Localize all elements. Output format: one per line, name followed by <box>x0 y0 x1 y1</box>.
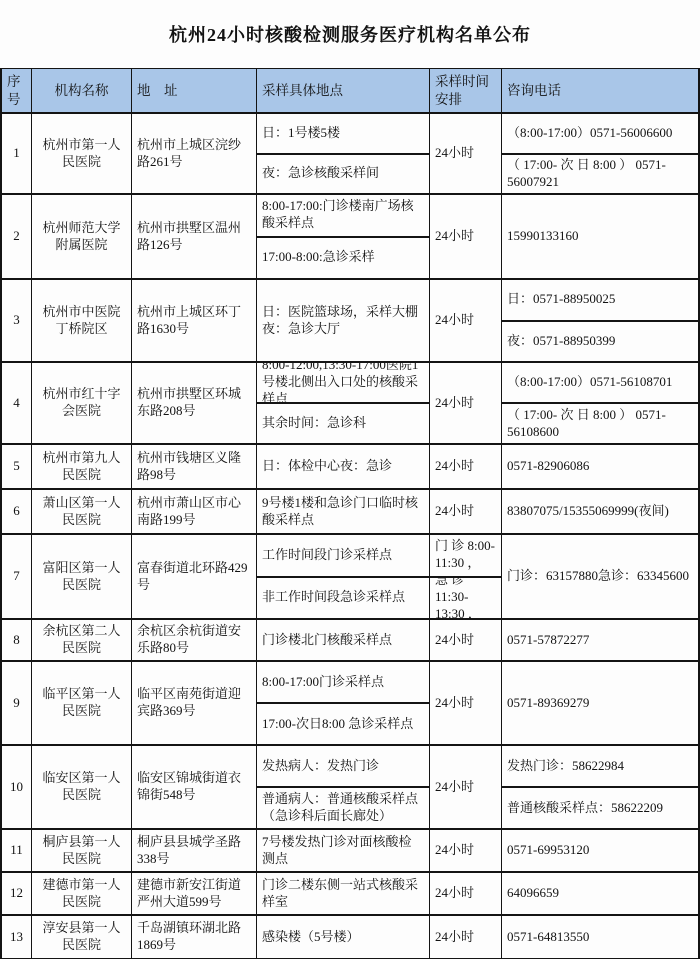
sampling-location-subcell: 其余时间：急诊科 <box>257 404 429 443</box>
address-cell: 杭州市上城区环丁路1630号 <box>132 280 257 361</box>
address-cell: 杭州市萧山区市心南路199号 <box>132 490 257 533</box>
phone-subcell: 普通核酸采样点：58622209 <box>502 788 698 828</box>
institution-name-text: 杭州市中医院丁桥院区 <box>37 304 126 338</box>
sampling-location-text: 日：体检中心夜：急诊 <box>262 458 392 475</box>
sampling-location-cell: 门诊楼北门核酸采样点 <box>257 620 430 660</box>
address-text: 余杭区余杭街道安乐路80号 <box>137 623 251 657</box>
sampling-location-text: 7号楼发热门诊对面核酸检测点 <box>262 834 424 868</box>
table-body: 1杭州市第一人民医院杭州市上城区浣纱路261号日：1号楼5楼夜：急诊核酸采样间2… <box>2 114 698 958</box>
address-text: 杭州市拱墅区温州路126号 <box>137 220 251 254</box>
sampling-location-cell: 感染楼（5号楼） <box>257 916 430 958</box>
header-phone: 咨询电话 <box>502 69 698 112</box>
title-bar: 杭州24小时核酸检测服务医疗机构名单公布 <box>0 0 700 68</box>
sampling-location-cell: 日：医院篮球场，采样大棚 夜：急诊大厅 <box>257 280 430 361</box>
sampling-location-cell: 发热病人：发热门诊普通病人：普通核酸采样点（急诊科后面长廊处） <box>257 746 430 828</box>
sampling-time-cell: 24小时 <box>430 746 502 828</box>
sampling-location-text: 门诊楼北门核酸采样点 <box>262 632 392 649</box>
table-row: 3杭州市中医院丁桥院区杭州市上城区环丁路1630号日：医院篮球场，采样大棚 夜：… <box>2 280 698 363</box>
sampling-location-subcell: 夜：急诊核酸采样间 <box>257 155 429 194</box>
sampling-location-subcell: 8:00-12:00,13:30-17:00医院1号楼北侧出入口处的核酸采样点 <box>257 363 429 404</box>
row-number-cell: 11 <box>2 830 32 871</box>
address-text: 杭州市钱塘区义隆路98号 <box>137 450 251 484</box>
header-institution-name: 机构名称 <box>32 69 132 112</box>
row-number-text: 1 <box>13 145 20 162</box>
sampling-time-cell: 24小时 <box>430 445 502 488</box>
row-number-cell: 9 <box>2 662 32 744</box>
institution-name-cell: 临安区第一人民医院 <box>32 746 132 828</box>
phone-text: 0571-82906086 <box>507 458 589 475</box>
sampling-location-text: 工作时间段门诊采样点 <box>262 547 392 564</box>
sampling-location-subcell: 8:00-17:00门诊采样点 <box>257 662 429 704</box>
address-cell: 余杭区余杭街道安乐路80号 <box>132 620 257 660</box>
sampling-time-subcell: 急 诊 11:30-13:30 ， <box>430 578 501 619</box>
sampling-time-cell: 24小时 <box>430 280 502 361</box>
sampling-time-text: 24小时 <box>435 145 474 162</box>
institution-name-text: 杭州市第九人民医院 <box>37 450 126 484</box>
sampling-time-text: 24小时 <box>435 228 474 245</box>
phone-text: （ 17:00- 次 日 8:00 ） 0571-56007921 <box>507 157 693 191</box>
row-number-text: 2 <box>13 228 20 245</box>
header-address: 地 址 <box>132 69 257 112</box>
phone-text: （ 17:00- 次 日 8:00 ） 0571-56108600 <box>507 407 693 441</box>
address-cell: 建德市新安江街道严州大道599号 <box>132 873 257 914</box>
sampling-time-text: 24小时 <box>435 632 474 649</box>
sampling-time-text: 24小时 <box>435 458 474 475</box>
address-text: 富春街道北环路429号 <box>137 560 251 594</box>
phone-text: （8:00-17:00）0571-56006600 <box>507 125 672 142</box>
sampling-time-cell: 24小时 <box>430 114 502 193</box>
sampling-location-cell: 日：1号楼5楼夜：急诊核酸采样间 <box>257 114 430 193</box>
table-row: 6萧山区第一人民医院杭州市萧山区市心南路199号9号楼1楼和急诊门口临时核酸采样… <box>2 490 698 535</box>
sampling-time-text: 24小时 <box>435 312 474 329</box>
row-number-text: 9 <box>13 695 20 712</box>
institution-name-cell: 杭州师范大学附属医院 <box>32 195 132 278</box>
institution-name-cell: 杭州市第一人民医院 <box>32 114 132 193</box>
sampling-location-subcell: 8:00-17:00:门诊楼南广场核酸采样点 <box>257 195 429 238</box>
header-sampling-time: 采样时间安排 <box>430 69 502 112</box>
sampling-location-subcell: 17:00-8:00:急诊采样 <box>257 238 429 279</box>
phone-cell: 0571-69953120 <box>502 830 698 871</box>
address-text: 桐庐县县城学圣路338号 <box>137 834 251 868</box>
sampling-time-cell: 24小时 <box>430 873 502 914</box>
header-sampling-location: 采样具体地点 <box>257 69 430 112</box>
table-row: 11桐庐县第一人民医院桐庐县县城学圣路338号7号楼发热门诊对面核酸检测点24小… <box>2 830 698 873</box>
sampling-time-cell: 24小时 <box>430 830 502 871</box>
phone-cell: （8:00-17:00）0571-56108701（ 17:00- 次 日 8:… <box>502 363 698 443</box>
phone-subcell: （ 17:00- 次 日 8:00 ） 0571-56007921 <box>502 155 698 194</box>
institution-name-cell: 杭州市红十字会医院 <box>32 363 132 443</box>
hospital-table: 序号 机构名称 地 址 采样具体地点 采样时间安排 咨询电话 1杭州市第一人民医… <box>0 68 700 959</box>
address-text: 杭州市萧山区市心南路199号 <box>137 495 251 529</box>
sampling-time-text: 24小时 <box>435 842 474 859</box>
row-number-text: 3 <box>13 312 20 329</box>
phone-text: 0571-89369279 <box>507 695 589 712</box>
announcement-page: 杭州24小时核酸检测服务医疗机构名单公布 序号 机构名称 地 址 采样具体地点 … <box>0 0 700 959</box>
table-row: 8余杭区第二人民医院余杭区余杭街道安乐路80号门诊楼北门核酸采样点24小时057… <box>2 620 698 662</box>
row-number-text: 4 <box>13 395 20 412</box>
phone-cell: 0571-64813550 <box>502 916 698 958</box>
table-row: 5杭州市第九人民医院杭州市钱塘区义隆路98号日：体检中心夜：急诊24小时0571… <box>2 445 698 490</box>
table-row: 2杭州师范大学附属医院杭州市拱墅区温州路126号8:00-17:00:门诊楼南广… <box>2 195 698 280</box>
phone-text: 门诊：63157880急诊：63345600 <box>507 568 689 585</box>
row-number-text: 6 <box>13 503 20 520</box>
sampling-time-cell: 24小时 <box>430 490 502 533</box>
row-number-text: 10 <box>10 779 23 796</box>
institution-name-cell: 淳安县第一人民医院 <box>32 916 132 958</box>
sampling-time-text: 24小时 <box>435 503 474 520</box>
table-row: 4杭州市红十字会医院杭州市拱墅区环城东路208号8:00-12:00,13:30… <box>2 363 698 445</box>
institution-name-cell: 临平区第一人民医院 <box>32 662 132 744</box>
phone-text: 0571-64813550 <box>507 929 589 946</box>
phone-text: 夜：0571-88950399 <box>507 333 615 350</box>
table-row: 1杭州市第一人民医院杭州市上城区浣纱路261号日：1号楼5楼夜：急诊核酸采样间2… <box>2 114 698 195</box>
sampling-location-text: 日：医院篮球场，采样大棚 夜：急诊大厅 <box>262 304 418 338</box>
institution-name-text: 富阳区第一人民医院 <box>37 560 126 594</box>
phone-cell: 发热门诊：58622984普通核酸采样点：58622209 <box>502 746 698 828</box>
phone-cell: 门诊：63157880急诊：63345600 <box>502 535 698 618</box>
sampling-location-text: 其余时间：急诊科 <box>262 415 366 432</box>
header-sampling-time-text: 采样时间安排 <box>435 73 496 108</box>
institution-name-cell: 富阳区第一人民医院 <box>32 535 132 618</box>
address-text: 杭州市上城区浣纱路261号 <box>137 137 251 171</box>
sampling-location-subcell: 非工作时间段急诊采样点 <box>257 578 429 619</box>
phone-cell: 0571-82906086 <box>502 445 698 488</box>
institution-name-cell: 杭州市中医院丁桥院区 <box>32 280 132 361</box>
sampling-location-text: 夜：急诊核酸采样间 <box>262 165 379 182</box>
institution-name-text: 杭州市红十字会医院 <box>37 386 126 420</box>
sampling-location-text: 门诊二楼东侧一站式核酸采样室 <box>262 877 424 911</box>
header-serial-number: 序号 <box>2 69 32 112</box>
address-cell: 临平区南苑街道迎宾路369号 <box>132 662 257 744</box>
phone-subcell: 日：0571-88950025 <box>502 280 698 322</box>
phone-text: 日：0571-88950025 <box>507 291 615 308</box>
institution-name-text: 建德市第一人民医院 <box>37 877 126 911</box>
header-serial-number-text: 序号 <box>7 73 26 108</box>
sampling-location-text: 普通病人：普通核酸采样点（急诊科后面长廊处） <box>262 791 424 825</box>
table-row: 7富阳区第一人民医院富春街道北环路429号工作时间段门诊采样点非工作时间段急诊采… <box>2 535 698 620</box>
institution-name-text: 临平区第一人民医院 <box>37 686 126 720</box>
institution-name-cell: 桐庐县第一人民医院 <box>32 830 132 871</box>
sampling-location-text: 感染楼（5号楼） <box>262 929 360 946</box>
table-row: 13淳安县第一人民医院千岛湖镇环湖北路1869号感染楼（5号楼）24小时0571… <box>2 916 698 958</box>
header-institution-name-text: 机构名称 <box>55 82 109 100</box>
sampling-location-subcell: 发热病人：发热门诊 <box>257 746 429 788</box>
sampling-location-text: 8:00-17:00门诊采样点 <box>262 674 384 691</box>
sampling-time-text: 24小时 <box>435 395 474 412</box>
address-cell: 杭州市拱墅区环城东路208号 <box>132 363 257 443</box>
phone-subcell: 发热门诊：58622984 <box>502 746 698 788</box>
institution-name-cell: 杭州市第九人民医院 <box>32 445 132 488</box>
header-address-text: 地 址 <box>137 82 178 100</box>
phone-subcell: （8:00-17:00）0571-56108701 <box>502 363 698 404</box>
phone-cell: 0571-89369279 <box>502 662 698 744</box>
sampling-location-text: 8:00-17:00:门诊楼南广场核酸采样点 <box>262 198 424 232</box>
row-number-cell: 13 <box>2 916 32 958</box>
address-cell: 杭州市上城区浣纱路261号 <box>132 114 257 193</box>
row-number-cell: 7 <box>2 535 32 618</box>
row-number-cell: 1 <box>2 114 32 193</box>
address-cell: 临安区锦城街道衣锦街548号 <box>132 746 257 828</box>
phone-text: 83807075/15355069999(夜间) <box>507 503 669 520</box>
sampling-location-cell: 9号楼1楼和急诊门口临时核酸采样点 <box>257 490 430 533</box>
header-sampling-location-text: 采样具体地点 <box>262 82 343 100</box>
address-text: 临平区南苑街道迎宾路369号 <box>137 686 251 720</box>
address-cell: 富春街道北环路429号 <box>132 535 257 618</box>
table-row: 12建德市第一人民医院建德市新安江街道严州大道599号门诊二楼东侧一站式核酸采样… <box>2 873 698 916</box>
row-number-text: 5 <box>13 458 20 475</box>
address-text: 千岛湖镇环湖北路1869号 <box>137 920 251 954</box>
phone-text: 0571-69953120 <box>507 842 589 859</box>
row-number-cell: 2 <box>2 195 32 278</box>
phone-cell: 0571-57872277 <box>502 620 698 660</box>
address-cell: 杭州市钱塘区义隆路98号 <box>132 445 257 488</box>
sampling-location-subcell: 日：1号楼5楼 <box>257 114 429 155</box>
table-row: 9临平区第一人民医院临平区南苑街道迎宾路369号8:00-17:00门诊采样点1… <box>2 662 698 746</box>
phone-text: （8:00-17:00）0571-56108701 <box>507 374 672 391</box>
row-number-cell: 5 <box>2 445 32 488</box>
sampling-location-cell: 8:00-17:00:门诊楼南广场核酸采样点17:00-8:00:急诊采样 <box>257 195 430 278</box>
institution-name-text: 杭州市第一人民医院 <box>37 137 126 171</box>
phone-subcell: 夜：0571-88950399 <box>502 322 698 362</box>
row-number-cell: 10 <box>2 746 32 828</box>
sampling-location-subcell: 工作时间段门诊采样点 <box>257 535 429 578</box>
phone-cell: 83807075/15355069999(夜间) <box>502 490 698 533</box>
sampling-time-cell: 门 诊 8:00-11:30 ，急 诊 11:30-13:30 ， <box>430 535 502 618</box>
phone-text: 15990133160 <box>507 228 579 245</box>
row-number-cell: 4 <box>2 363 32 443</box>
sampling-time-text: 24小时 <box>435 885 474 902</box>
sampling-location-subcell: 普通病人：普通核酸采样点（急诊科后面长廊处） <box>257 788 429 828</box>
sampling-location-text: 日：1号楼5楼 <box>262 125 340 142</box>
phone-subcell: （8:00-17:00）0571-56006600 <box>502 114 698 155</box>
address-text: 建德市新安江街道严州大道599号 <box>137 877 251 911</box>
sampling-location-text: 发热病人：发热门诊 <box>262 758 379 775</box>
sampling-location-cell: 7号楼发热门诊对面核酸检测点 <box>257 830 430 871</box>
sampling-location-cell: 8:00-17:00门诊采样点17:00-次日8:00 急诊采样点 <box>257 662 430 744</box>
phone-text: 0571-57872277 <box>507 632 589 649</box>
sampling-location-cell: 8:00-12:00,13:30-17:00医院1号楼北侧出入口处的核酸采样点其… <box>257 363 430 443</box>
row-number-text: 12 <box>10 885 23 902</box>
sampling-time-cell: 24小时 <box>430 195 502 278</box>
sampling-time-cell: 24小时 <box>430 363 502 443</box>
phone-cell: 15990133160 <box>502 195 698 278</box>
row-number-cell: 6 <box>2 490 32 533</box>
address-cell: 桐庐县县城学圣路338号 <box>132 830 257 871</box>
institution-name-text: 余杭区第二人民医院 <box>37 623 126 657</box>
sampling-time-subcell: 门 诊 8:00-11:30 ， <box>430 535 501 578</box>
sampling-location-subcell: 17:00-次日8:00 急诊采样点 <box>257 704 429 744</box>
row-number-text: 7 <box>13 568 20 585</box>
sampling-location-text: 8:00-12:00,13:30-17:00医院1号楼北侧出入口处的核酸采样点 <box>262 363 424 404</box>
institution-name-text: 淳安县第一人民医院 <box>37 920 126 954</box>
page-title: 杭州24小时核酸检测服务医疗机构名单公布 <box>169 21 531 47</box>
institution-name-text: 临安区第一人民医院 <box>37 770 126 804</box>
sampling-time-text: 门 诊 8:00-11:30 ， <box>435 538 496 572</box>
row-number-text: 13 <box>10 929 23 946</box>
table-row: 10临安区第一人民医院临安区锦城街道衣锦街548号发热病人：发热门诊普通病人：普… <box>2 746 698 830</box>
sampling-location-cell: 工作时间段门诊采样点非工作时间段急诊采样点 <box>257 535 430 618</box>
phone-cell: 日：0571-88950025夜：0571-88950399 <box>502 280 698 361</box>
address-text: 杭州市上城区环丁路1630号 <box>137 304 251 338</box>
sampling-location-text: 17:00-8:00:急诊采样 <box>262 249 375 266</box>
sampling-location-text: 17:00-次日8:00 急诊采样点 <box>262 716 413 733</box>
row-number-cell: 8 <box>2 620 32 660</box>
sampling-location-cell: 门诊二楼东侧一站式核酸采样室 <box>257 873 430 914</box>
institution-name-text: 杭州师范大学附属医院 <box>37 220 126 254</box>
sampling-time-text: 24小时 <box>435 779 474 796</box>
phone-text: 发热门诊：58622984 <box>507 758 624 775</box>
phone-subcell: （ 17:00- 次 日 8:00 ） 0571-56108600 <box>502 404 698 443</box>
sampling-location-cell: 日：体检中心夜：急诊 <box>257 445 430 488</box>
row-number-text: 8 <box>13 632 20 649</box>
address-text: 临安区锦城街道衣锦街548号 <box>137 770 251 804</box>
sampling-time-cell: 24小时 <box>430 620 502 660</box>
sampling-time-text: 24小时 <box>435 695 474 712</box>
phone-cell: 64096659 <box>502 873 698 914</box>
institution-name-cell: 余杭区第二人民医院 <box>32 620 132 660</box>
header-phone-text: 咨询电话 <box>507 82 561 100</box>
row-number-cell: 12 <box>2 873 32 914</box>
row-number-text: 11 <box>10 842 23 859</box>
phone-cell: （8:00-17:00）0571-56006600（ 17:00- 次 日 8:… <box>502 114 698 193</box>
address-cell: 千岛湖镇环湖北路1869号 <box>132 916 257 958</box>
institution-name-text: 萧山区第一人民医院 <box>37 495 126 529</box>
phone-text: 普通核酸采样点：58622209 <box>507 800 663 817</box>
sampling-location-text: 9号楼1楼和急诊门口临时核酸采样点 <box>262 495 424 529</box>
institution-name-cell: 萧山区第一人民医院 <box>32 490 132 533</box>
institution-name-cell: 建德市第一人民医院 <box>32 873 132 914</box>
sampling-location-text: 非工作时间段急诊采样点 <box>262 589 405 606</box>
table-header-row: 序号 机构名称 地 址 采样具体地点 采样时间安排 咨询电话 <box>2 69 698 114</box>
sampling-time-cell: 24小时 <box>430 916 502 958</box>
sampling-time-text: 24小时 <box>435 929 474 946</box>
address-text: 杭州市拱墅区环城东路208号 <box>137 386 251 420</box>
address-cell: 杭州市拱墅区温州路126号 <box>132 195 257 278</box>
sampling-time-cell: 24小时 <box>430 662 502 744</box>
institution-name-text: 桐庐县第一人民医院 <box>37 834 126 868</box>
phone-text: 64096659 <box>507 885 559 902</box>
sampling-time-text: 急 诊 11:30-13:30 ， <box>435 578 496 619</box>
row-number-cell: 3 <box>2 280 32 361</box>
